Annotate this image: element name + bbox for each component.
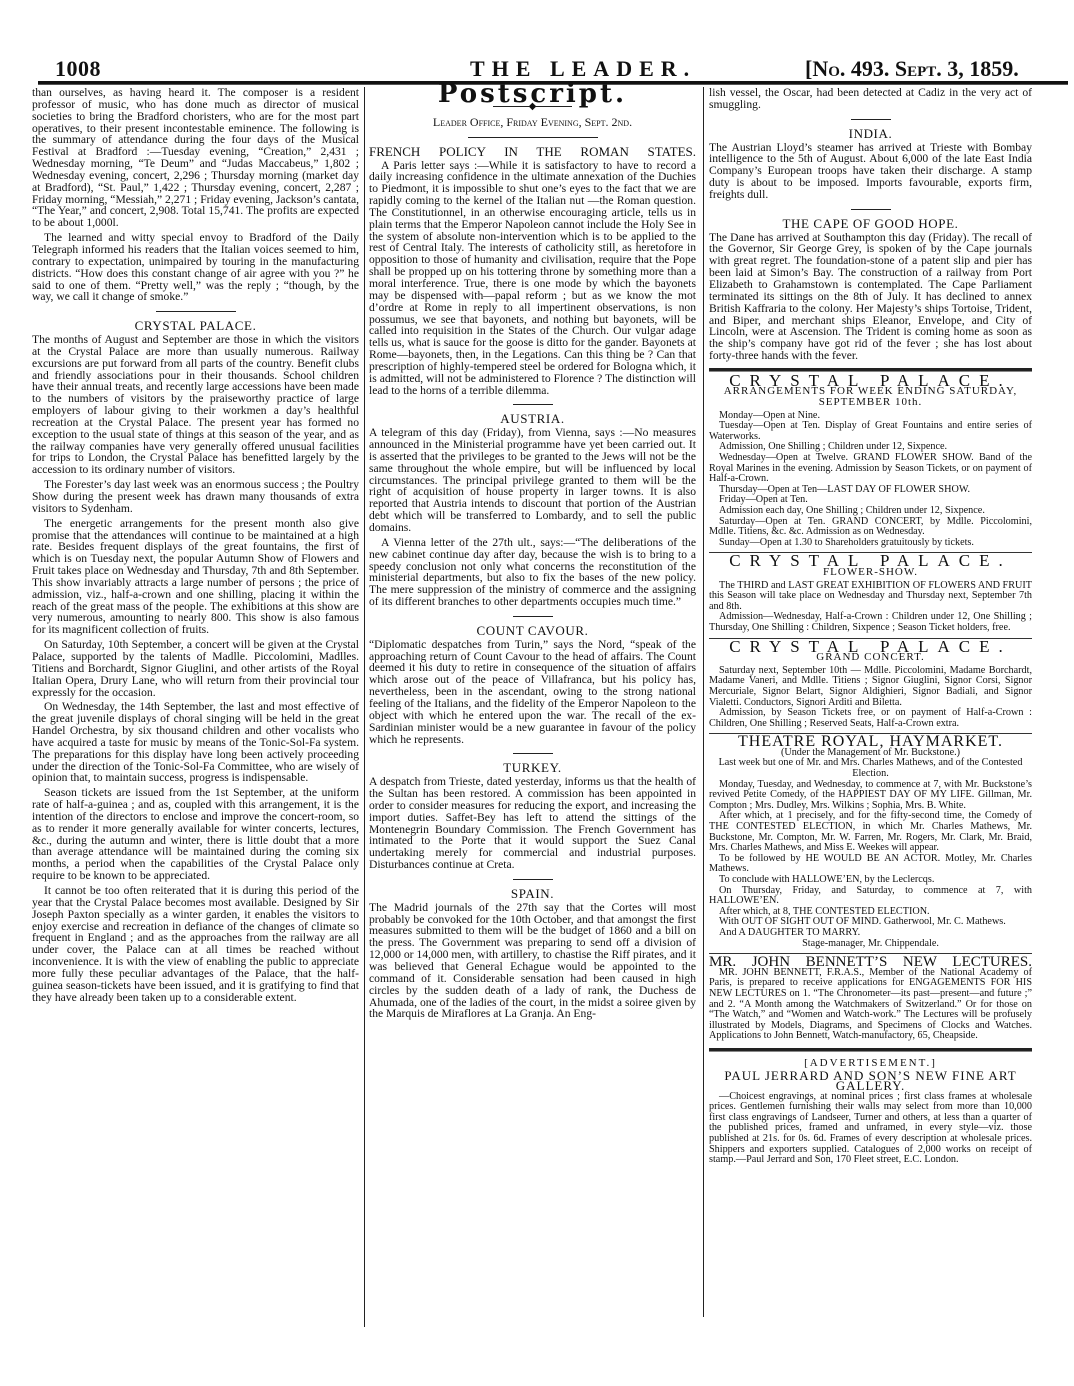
ad-intro: Last week but one of Mr. and Mrs. Charle…	[709, 758, 1032, 779]
article-paragraph: The Forester’s day last week was an enor…	[32, 479, 359, 515]
article-paragraph: The Madrid journals of the 27th say that…	[369, 902, 696, 1020]
ad-subtitle: ARRANGEMENTS FOR WEEK ENDING SATURDAY, S…	[709, 386, 1032, 407]
ad-line: And A DAUGHTER TO MARRY.	[709, 928, 1032, 939]
advertisement-theatre-royal: THEATRE ROYAL, HAYMARKET. (Under the Man…	[709, 737, 1032, 949]
column-1: than ourselves, as having heard it. The …	[32, 87, 359, 1006]
article-heading: COUNT CAVOUR.	[369, 625, 696, 637]
column-3: lish vessel, the Oscar, had been detecte…	[709, 87, 1032, 1166]
article-paragraph: A Vienna letter of the 27th ult., says:—…	[369, 537, 696, 608]
section-divider	[156, 311, 236, 312]
advertisement-bennett-lectures: MR. JOHN BENNETT’S NEW LECTURES. MR. JOH…	[709, 957, 1032, 1042]
column-2: Postscript. ◆ Leader Office, Friday Even…	[369, 87, 696, 1023]
article-heading: TURKEY.	[369, 762, 696, 774]
ad-line: On Thursday, Friday, and Saturday, to co…	[709, 886, 1032, 907]
article-heading: SPAIN.	[369, 888, 696, 900]
advertisement-crystal-palace-concert: CRYSTAL PALACE. GRAND CONCERT. Saturday …	[709, 642, 1032, 730]
advertisement-crystal-palace-arrangements: CRYSTAL PALACE. ARRANGEMENTS FOR WEEK EN…	[709, 376, 1032, 549]
article-heading: INDIA.	[709, 128, 1032, 140]
section-divider	[513, 753, 553, 754]
ad-text: MR. JOHN BENNETT, F.R.A.S., Member of th…	[709, 968, 1032, 1042]
article-paragraph: The months of August and September are t…	[32, 334, 359, 476]
article-heading: CRYSTAL PALACE.	[32, 320, 359, 332]
article-paragraph: than ourselves, as having heard it. The …	[32, 87, 359, 229]
ad-line: Admission—Wednesday, Half-a-Crown : Chil…	[709, 612, 1032, 633]
postscript-title: Postscript.	[369, 89, 696, 101]
section-divider	[513, 404, 553, 405]
article-heading: AUSTRIA.	[369, 413, 696, 425]
article-paragraph: “Diplomatic despatches from Turin,” says…	[369, 639, 696, 746]
article-paragraph: On Wednesday, the 14th September, the la…	[32, 701, 359, 784]
article-paragraph: The Austrian Lloyd’s steamer has arrived…	[709, 142, 1032, 201]
ornament-divider-icon: ◆	[369, 103, 696, 111]
ad-line: Saturday next, September 10th — Mdlle. P…	[709, 666, 1032, 708]
page-number: 1008	[55, 56, 101, 82]
section-divider	[851, 119, 891, 120]
article-paragraph: The Dane has arrived at Southampton this…	[709, 232, 1032, 362]
ad-line: Tuesday—Open at Ten. Display of Great Fo…	[709, 421, 1032, 442]
section-divider	[513, 616, 553, 617]
ad-line: Admission, by Season Tickets free, or on…	[709, 708, 1032, 729]
ad-text: —Choicest engravings, at nominal prices …	[709, 1092, 1032, 1166]
ad-tag: [ADVERTISEMENT.]	[709, 1058, 1032, 1069]
article-paragraph: On Saturday, 10th September, a concert w…	[32, 639, 359, 698]
advertisement-divider	[709, 1048, 1032, 1052]
article-paragraph: lish vessel, the Oscar, had been detecte…	[709, 87, 1032, 111]
column-divider	[703, 87, 704, 1317]
ad-line: Admission each day, One Shilling ; Child…	[709, 506, 1032, 517]
ad-line: The THIRD and LAST GREAT EXHIBITION OF F…	[709, 581, 1032, 613]
section-divider	[468, 137, 598, 138]
issue-date: [No. 493. Sept. 3, 1859.	[805, 56, 1019, 82]
ad-line: Wednesday—Open at Twelve. GRAND FLOWER S…	[709, 453, 1032, 485]
section-divider	[513, 879, 553, 880]
ad-line: After which, at 1 precisely, and for the…	[709, 811, 1032, 853]
dateline: Leader Office, Friday Evening, Sept. 2nd…	[369, 117, 696, 129]
ad-line: To be followed by HE WOULD BE AN ACTOR. …	[709, 854, 1032, 875]
article-paragraph: The energetic arrangements for the prese…	[32, 518, 359, 636]
ad-title: PAUL JERRARD AND SON’S NEW FINE ART GALL…	[709, 1071, 1032, 1092]
article-heading: THE CAPE OF GOOD HOPE.	[709, 218, 1032, 230]
article-paragraph: The learned and witty special envoy to B…	[32, 232, 359, 303]
masthead: 1008 THE LEADER. [No. 493. Sept. 3, 1859…	[30, 56, 1070, 80]
column-divider	[364, 87, 365, 1327]
article-paragraph: A Paris letter says :—While it is satisf…	[369, 160, 696, 397]
article-paragraph: A telegram of this day (Friday), from Vi…	[369, 427, 696, 534]
section-divider	[851, 209, 891, 210]
ad-footer: Stage-manager, Mr. Chippendale.	[709, 939, 1032, 950]
ad-line: To conclude with HALLOWE’EN, by the Lecl…	[709, 875, 1032, 886]
ad-line: Monday, Tuesday, and Wednesday, to comme…	[709, 780, 1032, 812]
article-heading: FRENCH POLICY IN THE ROMAN STATES.	[369, 146, 696, 158]
ad-line: Sunday—Open at 1.30 to Shareholders grat…	[709, 538, 1032, 549]
article-paragraph: Season tickets are issued from the 1st S…	[32, 787, 359, 882]
article-paragraph: A despatch from Trieste, dated yesterday…	[369, 776, 696, 871]
advertisement-crystal-palace-flower-show: CRYSTAL PALACE. FLOWER-SHOW. The THIRD a…	[709, 556, 1032, 633]
ad-line: Saturday—Open at Ten. GRAND CONCERT, by …	[709, 517, 1032, 538]
advertisement-jerrard-gallery: [ADVERTISEMENT.] PAUL JERRARD AND SON’S …	[709, 1058, 1032, 1166]
article-paragraph: It cannot be too often reiterated that i…	[32, 885, 359, 1003]
